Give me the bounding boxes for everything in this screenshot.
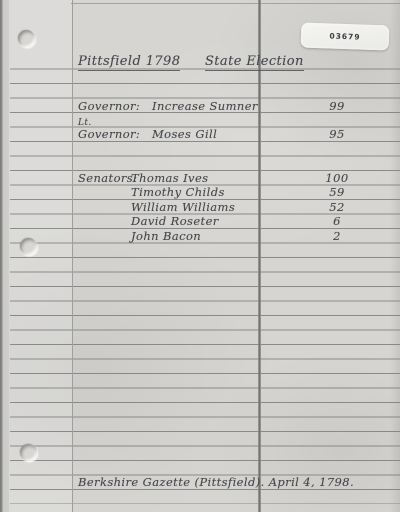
margin-vertical-line <box>72 0 73 512</box>
vote-count: 6 <box>316 215 358 228</box>
left-paper-edge <box>0 0 9 512</box>
candidate-name: David Roseter <box>131 215 219 228</box>
catalog-sticker: 03679 <box>301 22 390 50</box>
title-right: State Election <box>205 55 304 71</box>
candidate-name: William Williams <box>131 201 235 214</box>
candidate-name: Moses Gill <box>152 128 217 141</box>
candidate-name: Increase Sumner <box>152 100 258 113</box>
office-label: Senators: <box>78 172 137 185</box>
vote-count: 95 <box>316 128 358 141</box>
column-divider-line <box>258 0 261 512</box>
punch-hole-bottom <box>20 444 37 461</box>
candidate-name: John Bacon <box>131 230 201 243</box>
punch-hole-middle <box>20 238 37 255</box>
candidate-name: Thomas Ives <box>131 172 208 185</box>
ruled-lines <box>10 55 400 504</box>
candidate-name: Timothy Childs <box>131 186 225 199</box>
title-left: Pittsfield 1798 <box>78 55 180 71</box>
citation: Berkshire Gazette (Pittsfield). April 4,… <box>78 476 354 489</box>
vote-count: 52 <box>316 201 358 214</box>
vote-count: 99 <box>316 100 358 113</box>
punch-hole-top <box>18 30 35 47</box>
office-label: Governor: <box>78 128 140 141</box>
office-label: Governor: <box>78 100 140 113</box>
vote-count: 2 <box>316 230 358 243</box>
vote-count: 59 <box>316 186 358 199</box>
vote-count: 100 <box>316 172 358 185</box>
scanned-page: 03679 Pittsfield 1798 State Election Gov… <box>0 0 400 512</box>
top-edge-line <box>71 3 400 4</box>
sticker-number: 03679 <box>329 31 360 41</box>
